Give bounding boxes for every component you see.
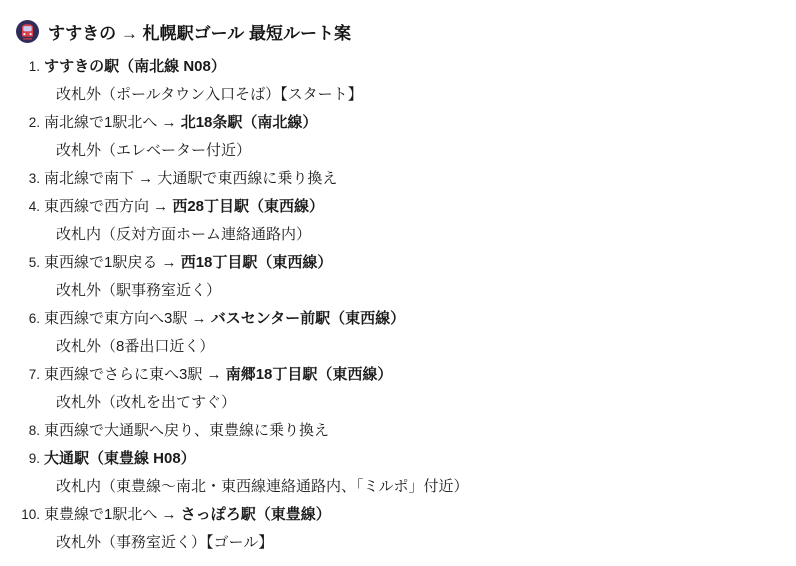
step-main-text: 南北線で南下 → 大通駅で東西線に乗り換え	[44, 165, 780, 193]
step-body: 東西線でさらに東へ3駅 → 南郷18丁目駅（東西線） 改札外（改札を出てすぐ）	[44, 361, 780, 417]
step-body: 南北線で南下 → 大通駅で東西線に乗り換え	[44, 165, 780, 193]
step-number: 1.	[16, 53, 40, 81]
step-number: 8.	[16, 417, 40, 445]
step-main-text: 東西線で1駅戻る → 西18丁目駅（東西線）	[44, 249, 780, 277]
step-station-name: 西18丁目駅（東西線）	[181, 254, 333, 271]
step-number: 2.	[16, 109, 40, 137]
route-step: 3. 南北線で南下 → 大通駅で東西線に乗り換え	[16, 165, 780, 193]
metro-icon	[16, 20, 39, 43]
step-gate-detail: 改札外（改札を出てすぐ）	[44, 389, 780, 417]
step-main-text: 東西線でさらに東へ3駅 → 南郷18丁目駅（東西線）	[44, 361, 780, 389]
step-action-text: 東西線で西方向 →	[44, 198, 172, 215]
step-body: 大通駅（東豊線 H08） 改札内（東豊線～南北・東西線連絡通路内、「ミルポ」付近…	[44, 445, 780, 501]
step-body: 東西線で西方向 → 西28丁目駅（東西線） 改札内（反対方面ホーム連絡通路内）	[44, 193, 780, 249]
step-main-text: 東西線で東方向へ3駅 → バスセンター前駅（東西線）	[44, 305, 780, 333]
step-action-text: 東西線で1駅戻る →	[44, 254, 181, 271]
step-action-text: 南北線で1駅北へ →	[44, 114, 181, 131]
route-step: 2. 南北線で1駅北へ → 北18条駅（南北線） 改札外（エレベーター付近）	[16, 109, 780, 165]
step-station-name: すすきの駅（南北線 N08）	[44, 58, 226, 75]
route-step: 8. 東西線で大通駅へ戻り、東豊線に乗り換え	[16, 417, 780, 445]
step-gate-detail: 改札外（8番出口近く）	[44, 333, 780, 361]
step-number: 7.	[16, 361, 40, 389]
step-main-text: 南北線で1駅北へ → 北18条駅（南北線）	[44, 109, 780, 137]
step-station-name: さっぽろ駅（東豊線）	[181, 506, 331, 523]
route-step: 1. すすきの駅（南北線 N08） 改札外（ポールタウン入口そば）【スタート】	[16, 53, 780, 109]
step-number: 5.	[16, 249, 40, 277]
step-gate-detail: 改札内（東豊線～南北・東西線連絡通路内、「ミルポ」付近）	[44, 473, 780, 501]
step-station-name: 大通駅（東豊線 H08）	[44, 450, 196, 467]
step-station-name: 南郷18丁目駅（東西線）	[226, 366, 393, 383]
step-number: 9.	[16, 445, 40, 473]
step-main-text: 東西線で西方向 → 西28丁目駅（東西線）	[44, 193, 780, 221]
step-station-name: バスセンター前駅（東西線）	[211, 310, 405, 327]
step-body: 南北線で1駅北へ → 北18条駅（南北線） 改札外（エレベーター付近）	[44, 109, 780, 165]
step-body: 東西線で大通駅へ戻り、東豊線に乗り換え	[44, 417, 780, 445]
step-gate-detail: 改札内（反対方面ホーム連絡通路内）	[44, 221, 780, 249]
step-action-text: 東西線で東方向へ3駅 →	[44, 310, 211, 327]
page-title: すすきの → 札幌駅ゴール 最短ルート案	[16, 19, 780, 43]
step-action-text: 東西線でさらに東へ3駅 →	[44, 366, 226, 383]
step-main-text: すすきの駅（南北線 N08）	[44, 53, 780, 81]
step-gate-detail: 改札外（事務室近く）【ゴール】	[44, 529, 780, 557]
step-number: 10.	[16, 501, 40, 529]
step-gate-detail: 改札外（ポールタウン入口そば）【スタート】	[44, 81, 780, 109]
route-step: 10. 東豊線で1駅北へ → さっぽろ駅（東豊線） 改札外（事務室近く）【ゴール…	[16, 501, 780, 557]
step-gate-detail: 改札外（駅事務室近く）	[44, 277, 780, 305]
step-gate-detail: 改札外（エレベーター付近）	[44, 137, 780, 165]
step-main-text: 東豊線で1駅北へ → さっぽろ駅（東豊線）	[44, 501, 780, 529]
route-step: 9. 大通駅（東豊線 H08） 改札内（東豊線～南北・東西線連絡通路内、「ミルポ…	[16, 445, 780, 501]
route-step: 4. 東西線で西方向 → 西28丁目駅（東西線） 改札内（反対方面ホーム連絡通路…	[16, 193, 780, 249]
step-body: 東豊線で1駅北へ → さっぽろ駅（東豊線） 改札外（事務室近く）【ゴール】	[44, 501, 780, 557]
step-action-text: 東豊線で1駅北へ →	[44, 506, 181, 523]
route-steps-list: 1. すすきの駅（南北線 N08） 改札外（ポールタウン入口そば）【スタート】 …	[16, 53, 780, 557]
route-step: 6. 東西線で東方向へ3駅 → バスセンター前駅（東西線） 改札外（8番出口近く…	[16, 305, 780, 361]
step-number: 4.	[16, 193, 40, 221]
step-station-name: 北18条駅（南北線）	[181, 114, 318, 131]
step-number: 6.	[16, 305, 40, 333]
step-action-text: 南北線で南下 → 大通駅で東西線に乗り換え	[44, 170, 337, 187]
route-step: 5. 東西線で1駅戻る → 西18丁目駅（東西線） 改札外（駅事務室近く）	[16, 249, 780, 305]
step-station-name: 西28丁目駅（東西線）	[172, 198, 324, 215]
step-number: 3.	[16, 165, 40, 193]
step-body: 東西線で1駅戻る → 西18丁目駅（東西線） 改札外（駅事務室近く）	[44, 249, 780, 305]
step-main-text: 東西線で大通駅へ戻り、東豊線に乗り換え	[44, 417, 780, 445]
page-title-text: すすきの → 札幌駅ゴール 最短ルート案	[48, 19, 351, 44]
step-body: すすきの駅（南北線 N08） 改札外（ポールタウン入口そば）【スタート】	[44, 53, 780, 109]
step-action-text: 東西線で大通駅へ戻り、東豊線に乗り換え	[44, 422, 329, 439]
step-body: 東西線で東方向へ3駅 → バスセンター前駅（東西線） 改札外（8番出口近く）	[44, 305, 780, 361]
route-step: 7. 東西線でさらに東へ3駅 → 南郷18丁目駅（東西線） 改札外（改札を出てす…	[16, 361, 780, 417]
route-document: すすきの → 札幌駅ゴール 最短ルート案 1. すすきの駅（南北線 N08） 改…	[0, 0, 796, 557]
step-main-text: 大通駅（東豊線 H08）	[44, 445, 780, 473]
